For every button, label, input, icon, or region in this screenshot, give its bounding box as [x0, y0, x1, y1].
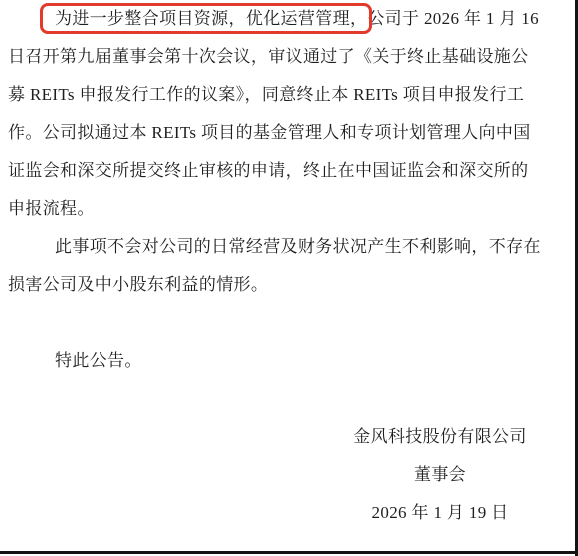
signature-block: 金风科技股份有限公司 董事会 2026 年 1 月 19 日 [351, 418, 529, 532]
body-line-4: 作。公司拟通过本 REITs 项目的基金管理人和专项计划管理人向中国 [8, 114, 529, 152]
body-line-1: 为进一步整合项目资源，优化运营管理，公司于 2026 年 1 月 16 [8, 0, 529, 38]
closing-line: 特此公告。 [8, 342, 529, 380]
body-line-3: 募 REITs 申报发行工作的议案》，同意终止本 REITs 项目申报发行工 [8, 76, 529, 114]
signature-board: 董事会 [351, 456, 529, 494]
body-line-5: 证监会和深交所提交终止审核的申请，终止在中国证监会和深交所的 [8, 152, 529, 190]
body-line-7: 此事项不会对公司的日常经营及财务状况产生不利影响，不存在 [8, 228, 529, 266]
body-line-8: 损害公司及中小股东利益的情形。 [8, 266, 529, 304]
announcement-body: 为进一步整合项目资源，优化运营管理，公司于 2026 年 1 月 16 日召开第… [8, 0, 529, 532]
blank-line [8, 380, 529, 418]
blank-line [8, 304, 529, 342]
signature-date: 2026 年 1 月 19 日 [351, 494, 529, 532]
body-line-2: 日召开第九届董事会第十次会议，审议通过了《关于终止基础设施公 [8, 38, 529, 76]
page-bottom-border [0, 551, 578, 554]
body-line-1-rest: 公司于 2026 年 1 月 16 [367, 9, 539, 28]
signature-company: 金风科技股份有限公司 [351, 418, 529, 456]
highlighted-text: 为进一步整合项目资源，优化运营管理， [55, 9, 367, 28]
body-line-6: 申报流程。 [8, 190, 529, 228]
highlighted-phrase: 为进一步整合项目资源，优化运营管理， [55, 9, 367, 28]
